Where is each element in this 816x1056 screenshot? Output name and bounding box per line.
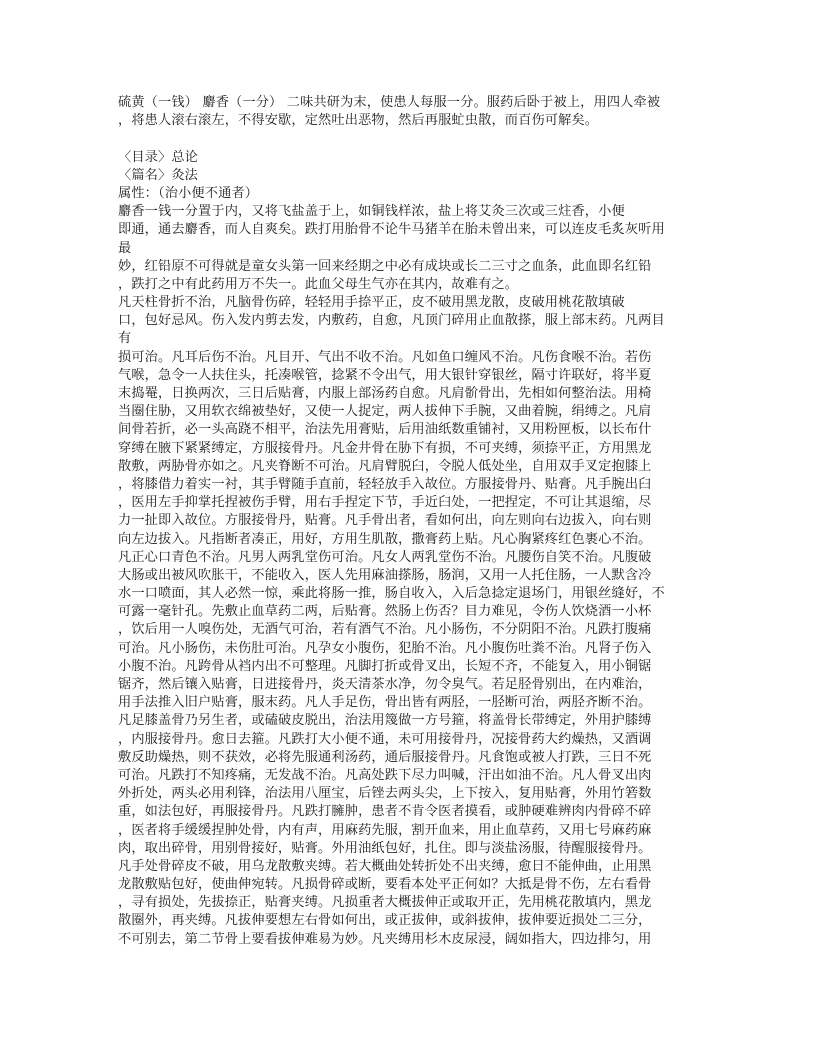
text-line: 口，包好忌风。伤入发内剪去发，内敷药，自愈，凡顶门碎用止血散搽，服上部末药。凡两…: [118, 312, 698, 330]
text-line: 间骨若折，必一头高跷不相平，治法先用膏贴，后用油纸数重铺衬，又用粉匣板，以长布什: [118, 421, 698, 439]
text-line: 小腹不治。凡跨骨从裆内出不可整理。凡脚打折或骨叉出，长短不齐，不能复入，用小铜锯: [118, 658, 698, 676]
text-line: 可治。凡小肠伤，未伤肚可治。凡孕女小腹伤，犯胎不治。凡小腹伤吐粪不治。凡肾子伤入: [118, 640, 698, 658]
document-page: 硫黄（一钱） 麝香（一分） 二味共研为末，使患人每服一分。服药后卧于被上，用四人…: [118, 94, 698, 949]
text-line: 肉，取出碎骨，用别骨接好，贴膏。外用油纸包好，扎住。即与淡盐汤服，待醒服接骨丹。: [118, 840, 698, 858]
text-line: ，医用左手抑掌托捏被伤手臂，用右手捏定下节，手近臼处，一把捏定，不可让其退缩，尽: [118, 494, 698, 512]
text-line: 凡手处骨碎皮不破，用乌龙散敷夹缚。若大概曲处转折处不出夹缚，愈日不能伸曲，止用黑: [118, 858, 698, 876]
blank-line: [118, 130, 698, 148]
text-line: 重，如法包好，再服接骨丹。凡跌打臃肿，患者不肯令医者摸看，或肿硬难辨肉内骨碎不碎: [118, 803, 698, 821]
text-line: ，饮后用一人嗅伤处，无酒气可治，若有酒气不治。凡小肠伤，不分阴阳不治。凡跌打腹痛: [118, 621, 698, 639]
text-line: 即通，通去麝香，而人自爽矣。跌打用胎骨不论牛马猪羊在胎未曾出来，可以连皮毛炙灰听…: [118, 221, 698, 239]
text-line: ，医者将手缓缓捏肿处骨，内有声，用麻药先服，割开血来，用止血草药，又用七号麻药麻: [118, 822, 698, 840]
text-line: 力一扯即入故位。方服接骨丹，贴膏。凡手骨出者，看如何出，向左则向右边拔入，向右则: [118, 512, 698, 530]
text-line: 用手法推入旧户贴膏，服末药。凡人手足伤，骨出皆有两胫，一胫断可治，两胫齐断不治。: [118, 694, 698, 712]
text-line: 锯齐，然后镶入贴膏，日进接骨丹，炎天清茶水净，勿令臭气。若足胫骨别出，在内难治，: [118, 676, 698, 694]
text-line: 凡足膝盖骨乃另生者，或磕破皮脱出，治法用篾做一方号箍，将盖骨长带缚定，外用护膝缚: [118, 712, 698, 730]
text-line: ，将患人滚右滚左，不得安歇，定然吐出恶物，然后再服虻虫散，而百伤可解矣。: [118, 112, 698, 130]
text-line: ，寻有损处，先拔捺正，贴膏夹缚。凡损重者大概拔伸正或取开正，先用桃花散填内，黑龙: [118, 894, 698, 912]
text-line: 凡天柱骨折不治，凡脑骨伤碎，轻轻用手捺平正，皮不破用黑龙散，皮破用桃花散填破: [118, 294, 698, 312]
text-line: 末捣罨，日换两次，三日后贴膏，内服上部汤药自愈。凡肩骱骨出，先相如何整治法。用椅: [118, 385, 698, 403]
text-line: 有: [118, 330, 698, 348]
text-line: 可露一毫针孔。先敷止血草药二两，后贴膏。然肠上伤否？目力难见，令伤人饮烧酒一小杯: [118, 603, 698, 621]
section-title-heading: 〈篇名〉灸法: [118, 167, 698, 185]
text-line: 麝香一钱一分置于内，又将飞盐盖于上，如铜钱样浓，盐上将艾灸三次或三炷香，小便: [118, 203, 698, 221]
text-line: 损可治。凡耳后伤不治。凡目开、气出不收不治。凡如鱼口缠风不治。凡伤食喉不治。若伤: [118, 349, 698, 367]
section-catalog-heading: 〈目录〉总论: [118, 149, 698, 167]
text-line: ，将膝借力着实一衬，其手臂随手直前，轻轻放手入故位。方服接骨丹、贴膏。凡手腕出臼: [118, 476, 698, 494]
text-line: 散敷，两胁骨亦如之。凡夹脊断不可治。凡肩臂脱臼，令脱人低处坐，自用双手叉定抱膝上: [118, 458, 698, 476]
text-line: 大肠或出被风吹胀干，不能收入，医人先用麻油搽肠，肠润，又用一人托住肠，一人默含冷: [118, 567, 698, 585]
text-line: ，内服接骨丹。愈日去箍。凡跌打大小便不通，未可用接骨丹，况接骨药大约燥热，又酒调: [118, 731, 698, 749]
text-line: 可治。凡跌打不知疼痛，无发战不治。凡高处跌下尽力叫喊，汗出如油不治。凡人骨叉出肉: [118, 767, 698, 785]
text-line: 凡正心口青色不治。凡男人两乳堂伤可治。凡女人两乳堂伤不治。凡腰伤自笑不治。凡腹破: [118, 549, 698, 567]
text-line: 妙，红铅原不可得就是童女头第一回来经期之中必有成块或长二三寸之血条，此血即名红铅: [118, 258, 698, 276]
text-line: 气喉，急令一人扶住头，托凑喉管，捻紧不令出气，用大银针穿银丝，隔寸许联好，将半夏: [118, 367, 698, 385]
text-line: 硫黄（一钱） 麝香（一分） 二味共研为末，使患人每服一分。服药后卧于被上，用四人…: [118, 94, 698, 112]
text-line: 当圈住胁，又用软衣绵被垫好，又使一人捉定，两人拔伸下手腕，又曲着腕，绢缚之。凡肩: [118, 403, 698, 421]
text-line: 最: [118, 240, 698, 258]
text-line: 外折处，两头必用利锋，治法用八厘宝，后锉去两头尖，上下按入，复用贴膏，外用竹箬数: [118, 785, 698, 803]
text-line: ，跌打之中有此药用万不失一。此血父母生气亦在其内，故难有之。: [118, 276, 698, 294]
text-line: 水一口喷面，其人必然一惊，乘此将肠一推，肠自收入，入后急捻定退场门，用银丝缝好，…: [118, 585, 698, 603]
text-line: 散圈外，再夹缚。凡拔伸要想左右骨如何出，或正拔伸，或斜拔伸，拔伸要近损处二三分，: [118, 912, 698, 930]
text-line: 穿缚在腋下紧紧缚定，方服接骨丹。凡金井骨在胁下有损，不可夹缚，须捺平正，方用黑龙: [118, 440, 698, 458]
text-line: 向左边拔入。凡指断者凑正，用好，方用生肌散，撒膏药上贴。凡心胸紧疼红色裹心不治。: [118, 531, 698, 549]
text-line: 不可别去，第二节骨上要看拔伸难易为妙。凡夹缚用杉木皮尿浸，阔如指大，四边排匀，用: [118, 931, 698, 949]
text-line: 龙散敷贴包好，使曲伸宛转。凡损骨碎或断，要看本处平正何如？大抵是骨不伤，左右看骨: [118, 876, 698, 894]
text-line: 敷反助燥热，则不获效，必将先服通利汤药，通后服接骨丹。凡食饱或被人打跌，三日不死: [118, 749, 698, 767]
attribute-line: 属性：（治小便不通者）: [118, 185, 698, 203]
